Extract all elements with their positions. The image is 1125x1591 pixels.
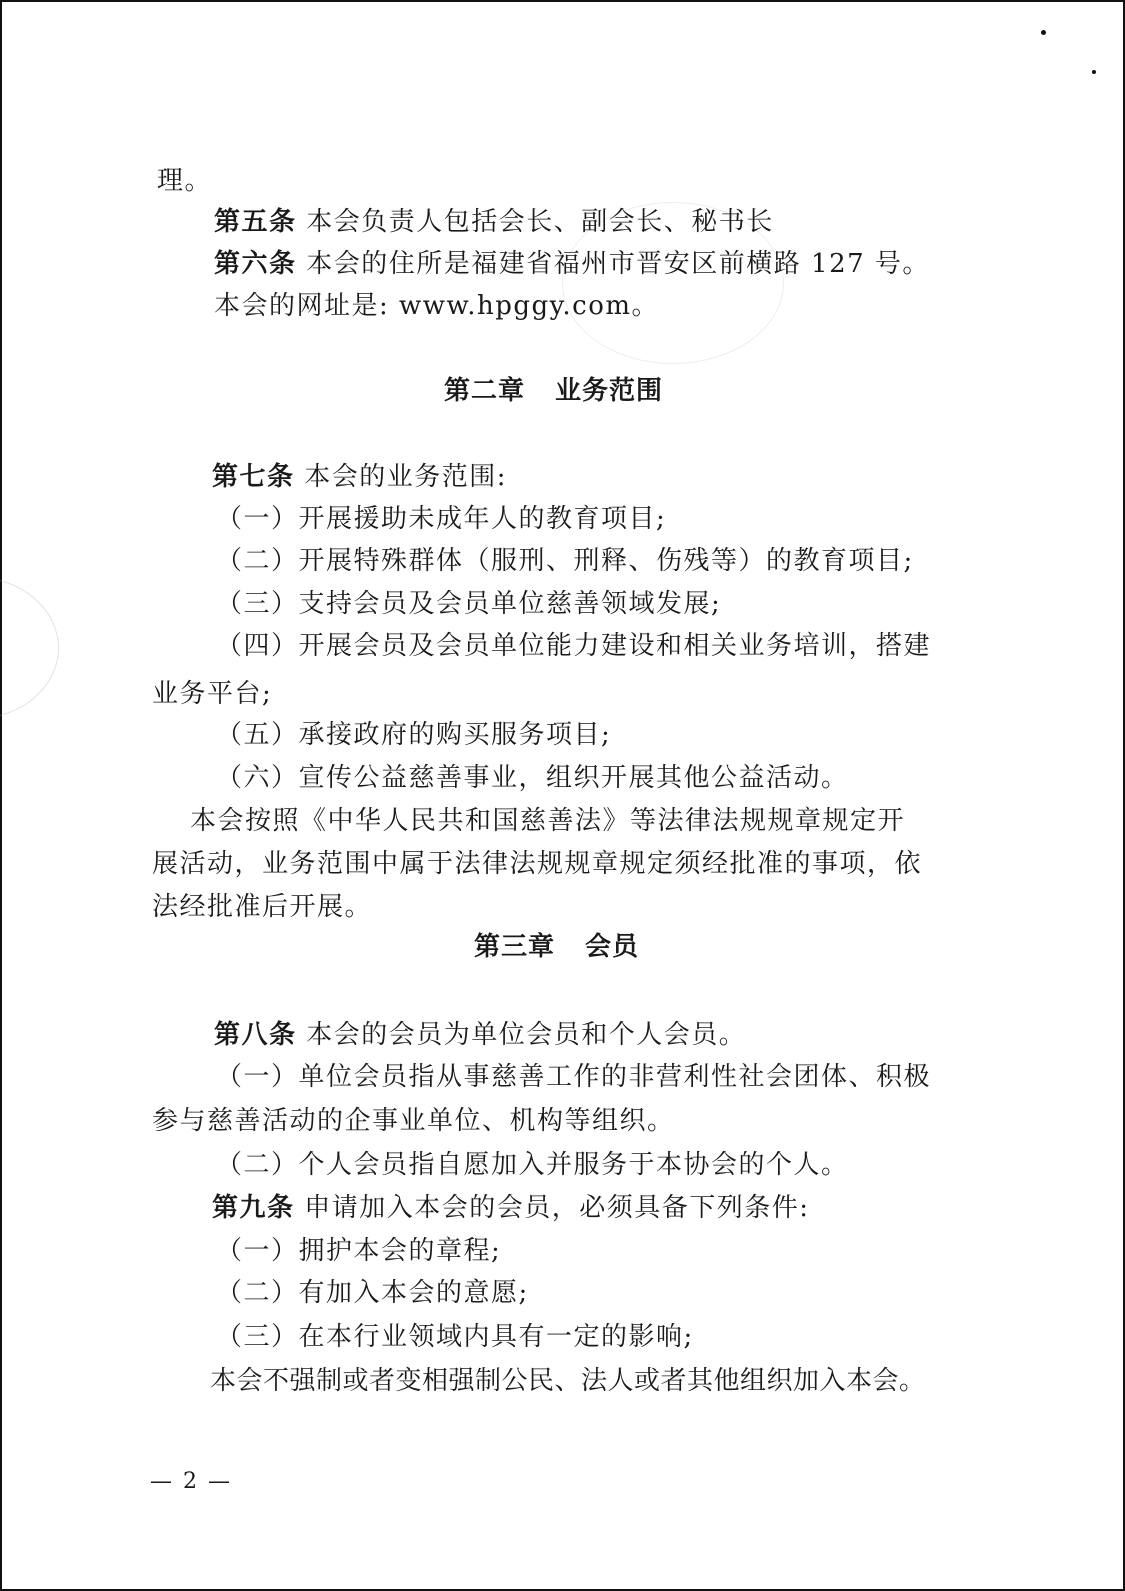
text: 理。: [157, 166, 212, 196]
article-label: 第八条: [214, 1020, 297, 1050]
paragraph-line: 本会按照《中华人民共和国慈善法》等法律法规规章规定开: [190, 804, 905, 838]
article-text: 本会的业务范围:: [304, 462, 507, 492]
paragraph-line: 本会不强制或者变相强制公民、法人或者其他组织加入本会。: [210, 1364, 926, 1398]
paragraph-line: 法经批准后开展。: [152, 890, 372, 924]
chapter-number: 第二章: [444, 376, 525, 406]
article-8: 第八条 本会的会员为单位会员和个人会员。: [214, 1018, 746, 1052]
article-text: 本会的住所是福建省福州市晋安区前横路 127 号。: [306, 249, 930, 279]
list-item: （三）支持会员及会员单位慈善领域发展;: [216, 587, 721, 621]
list-item: （一）开展援助未成年人的教育项目;: [216, 502, 666, 536]
text: 本会的网址是: www.hpggy.com。: [214, 291, 659, 321]
paragraph-line: 展活动，业务范围中属于法律法规规章规定须经批准的事项，依: [152, 847, 922, 881]
article-9: 第九条 申请加入本会的会员，必须具备下列条件:: [212, 1191, 810, 1225]
list-item: （二）开展特殊群体（服刑、刑释、伤残等）的教育项目;: [216, 544, 914, 578]
list-item: （四）开展会员及会员单位能力建设和相关业务培训，搭建: [216, 629, 931, 663]
chapter-title: 业务范围: [555, 376, 663, 406]
list-item-continuation: 参与慈善活动的企事业单位、机构等组织。: [152, 1104, 675, 1138]
paragraph-continuation: 理。: [157, 164, 212, 198]
article-label: 第七条: [212, 462, 295, 492]
list-item-continuation: 业务平台;: [152, 677, 272, 711]
chapter-title: 会员: [585, 932, 639, 962]
list-item: （五）承接政府的购买服务项目;: [216, 718, 611, 752]
page-number: — 2 —: [150, 1468, 232, 1496]
article-label: 第六条: [214, 249, 297, 279]
list-item: （一）单位会员指从事慈善工作的非营利性社会团体、积极: [216, 1060, 931, 1094]
article-label: 第九条: [212, 1193, 295, 1223]
article-text: 本会负责人包括会长、副会长、秘书长: [306, 207, 774, 237]
article-6: 第六条 本会的住所是福建省福州市晋安区前横路 127 号。: [214, 247, 930, 281]
list-item: （二）有加入本会的意愿;: [216, 1276, 529, 1310]
chapter-heading: 第三章会员: [474, 930, 639, 964]
article-label: 第五条: [214, 207, 297, 237]
list-item: （三）在本行业领域内具有一定的影响;: [216, 1320, 694, 1354]
list-item: （二）个人会员指自愿加入并服务于本协会的个人。: [216, 1148, 849, 1182]
chapter-heading: 第二章业务范围: [444, 374, 663, 408]
website-line: 本会的网址是: www.hpggy.com。: [214, 289, 659, 323]
scan-speck: [1041, 30, 1046, 35]
faint-seal-mark: [0, 577, 59, 719]
list-item: （六）宣传公益慈善事业，组织开展其他公益活动。: [216, 761, 849, 795]
article-text: 申请加入本会的会员，必须具备下列条件:: [304, 1193, 809, 1223]
article-5: 第五条 本会负责人包括会长、副会长、秘书长: [214, 205, 774, 239]
article-text: 本会的会员为单位会员和个人会员。: [306, 1020, 746, 1050]
document-page: 理。 第五条 本会负责人包括会长、副会长、秘书长 第六条 本会的住所是福建省福州…: [0, 0, 1125, 1591]
article-7: 第七条 本会的业务范围:: [212, 460, 507, 494]
list-item: （一）拥护本会的章程;: [216, 1234, 501, 1268]
scan-speck: [1092, 70, 1096, 74]
chapter-number: 第三章: [474, 932, 555, 962]
